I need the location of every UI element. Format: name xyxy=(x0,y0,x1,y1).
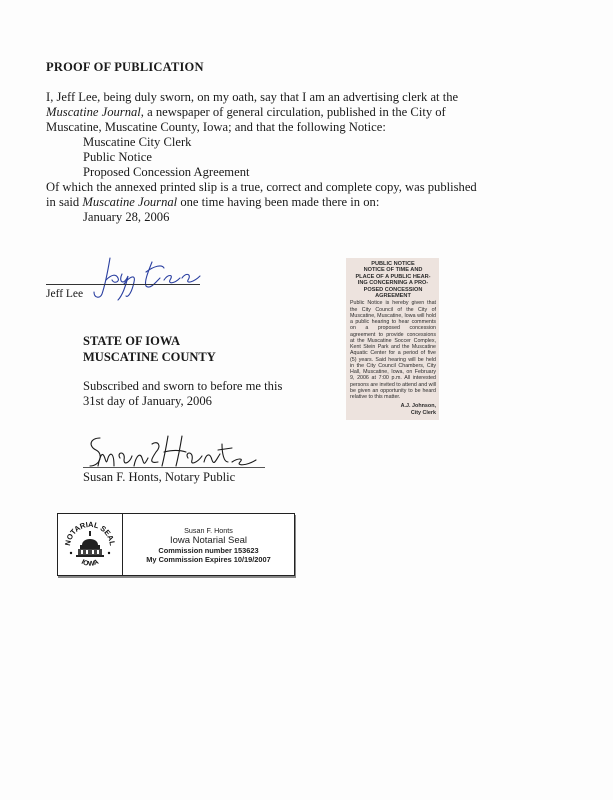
clipping-signature: A.J. Johnson, City Clerk xyxy=(350,403,436,416)
affidavit-line-2: Muscatine Journal, a newspaper of genera… xyxy=(46,105,446,120)
notice-item: Muscatine City Clerk xyxy=(83,135,191,150)
seal-emblem: NOTARIAL SEAL IOWA xyxy=(58,514,123,575)
seal-title: Iowa Notarial Seal xyxy=(170,535,247,546)
jurat-line-1: Subscribed and sworn to before me this xyxy=(83,379,282,394)
svg-text:IOWA: IOWA xyxy=(80,558,100,567)
document-heading: PROOF OF PUBLICATION xyxy=(46,60,204,75)
signature-line xyxy=(83,467,265,468)
newspaper-clipping: PUBLIC NOTICE NOTICE OF TIME AND PLACE O… xyxy=(346,258,439,420)
notice-item: Public Notice xyxy=(83,150,152,165)
clipping-body: Public Notice is hereby given that the C… xyxy=(350,300,436,400)
document-page: PROOF OF PUBLICATION I, Jeff Lee, being … xyxy=(0,0,613,800)
signature-line xyxy=(46,284,200,285)
publication-date: January 28, 2006 xyxy=(83,210,169,225)
seal-text: Susan F. Honts Iowa Notarial Seal Commis… xyxy=(123,514,294,575)
affidavit-line-3: Muscatine, Muscatine County, Iowa; and t… xyxy=(46,120,386,135)
notary-caption: Susan F. Honts, Notary Public xyxy=(83,470,235,485)
signer-name: Jeff Lee xyxy=(46,287,83,302)
affidavit-line-1: I, Jeff Lee, being duly sworn, on my oat… xyxy=(46,90,458,105)
notice-item: Proposed Concession Agreement xyxy=(83,165,250,180)
handwritten-signature-icon xyxy=(88,252,228,302)
newspaper-name: Muscatine Journal xyxy=(46,105,141,119)
notarial-seal-stamp: NOTARIAL SEAL IOWA xyxy=(57,513,295,576)
state-label: STATE OF IOWA xyxy=(83,333,180,349)
clipping-title: PUBLIC NOTICE NOTICE OF TIME AND PLACE O… xyxy=(350,261,436,299)
affidavit-line-4: Of which the annexed printed slip is a t… xyxy=(46,180,477,195)
seal-expiration: My Commission Expires 10/19/2007 xyxy=(146,555,270,564)
handwritten-signature-icon xyxy=(86,432,266,472)
affidavit-line-5: in said Muscatine Journal one time havin… xyxy=(46,195,379,210)
jurat-line-2: 31st day of January, 2006 xyxy=(83,394,212,409)
seal-commission-number: Commission number 153623 xyxy=(158,546,258,555)
county-label: MUSCATINE COUNTY xyxy=(83,349,216,365)
capitol-dome-seal-icon: NOTARIAL SEAL IOWA xyxy=(62,517,118,573)
newspaper-name: Muscatine Journal xyxy=(82,195,177,209)
seal-notary-name: Susan F. Honts xyxy=(184,526,233,535)
